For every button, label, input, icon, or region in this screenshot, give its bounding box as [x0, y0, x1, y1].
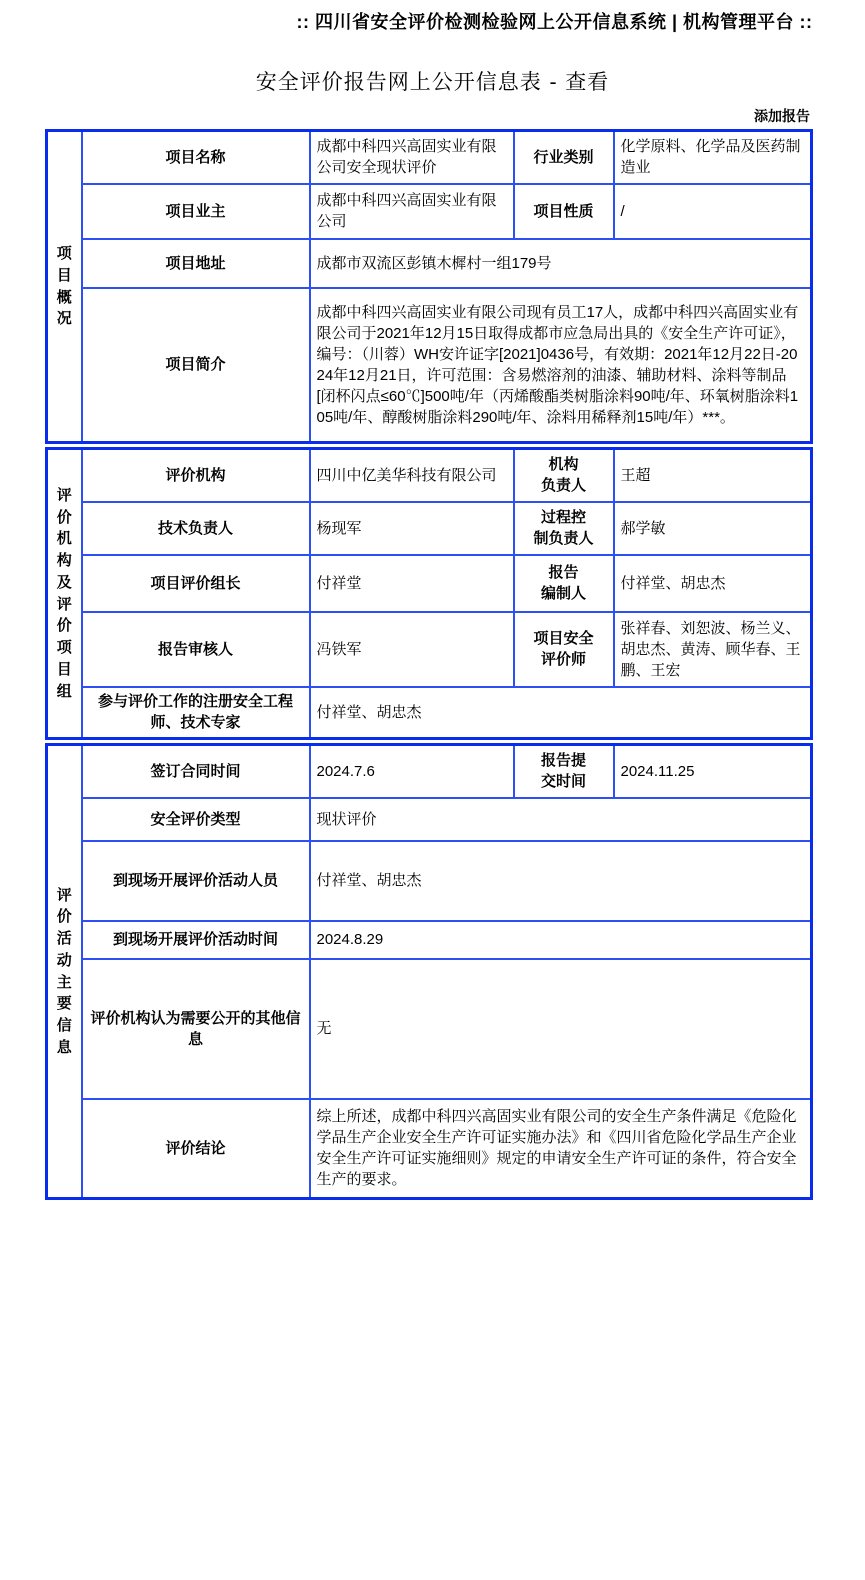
agency-head-value: 王超	[614, 449, 812, 502]
report-reviewer-value: 冯铁军	[310, 612, 514, 687]
onsite-staff-value: 付祥堂、胡忠杰	[310, 841, 812, 921]
brief-value: 成都中科四兴高固实业有限公司现有员工17人，成都中科四兴高固实业有限公司于202…	[310, 288, 812, 443]
report-writers-value: 付祥堂、胡忠杰	[614, 555, 812, 612]
table-row: 项目业主 成都中科四兴高固实业有限公司 项目性质 /	[47, 184, 812, 239]
page-title: 安全评价报告网上公开信息表 - 查看	[0, 66, 865, 96]
table-row: 到现场开展评价活动人员 付祥堂、胡忠杰	[47, 841, 812, 921]
tech-head-value: 杨现军	[310, 502, 514, 555]
safety-assessors-value: 张祥春、刘恕波、杨兰义、胡忠杰、黄涛、顾华春、王鹏、王宏	[614, 612, 812, 687]
address-label: 项目地址	[82, 239, 310, 288]
eval-type-label: 安全评价类型	[82, 798, 310, 841]
agency-head-label: 机构 负责人	[514, 449, 614, 502]
system-header-title: :: 四川省安全评价检测检验网上公开信息系统 | 机构管理平台 ::	[122, 8, 865, 34]
table-row: 报告审核人 冯铁军 项目安全 评价师 张祥春、刘恕波、杨兰义、胡忠杰、黄涛、顾华…	[47, 612, 812, 687]
table-row: 安全评价类型 现状评价	[47, 798, 812, 841]
other-info-label: 评价机构认为需要公开的其他信息	[82, 959, 310, 1099]
process-head-label: 过程控 制负责人	[514, 502, 614, 555]
report-writers-label: 报告 编制人	[514, 555, 614, 612]
registered-engineers-value: 付祥堂、胡忠杰	[310, 687, 812, 739]
section-table-project-overview: 项目概况 项目名称 成都中科四兴高固实业有限公司安全现状评价 行业类别 化学原料…	[45, 129, 813, 444]
table-row: 项目地址 成都市双流区彭镇木樨村一组179号	[47, 239, 812, 288]
table-row: 项目简介 成都中科四兴高固实业有限公司现有员工17人，成都中科四兴高固实业有限公…	[47, 288, 812, 443]
process-head-value: 郝学敏	[614, 502, 812, 555]
section-table-activity-info: 评价活动主要信息 签订合同时间 2024.7.6 报告提 交时间 2024.11…	[45, 743, 813, 1200]
onsite-staff-label: 到现场开展评价活动人员	[82, 841, 310, 921]
section2-side-header: 评价机构及评价项目组	[47, 449, 82, 739]
nature-value: /	[614, 184, 812, 239]
owner-label: 项目业主	[82, 184, 310, 239]
section1-side-header: 项目概况	[47, 131, 82, 443]
table-row: 到现场开展评价活动时间 2024.8.29	[47, 921, 812, 959]
project-name-label: 项目名称	[82, 131, 310, 184]
team-leader-label: 项目评价组长	[82, 555, 310, 612]
other-info-value: 无	[310, 959, 812, 1099]
table-row: 评价机构认为需要公开的其他信息 无	[47, 959, 812, 1099]
section3-side-label: 评价活动主要信息	[56, 885, 72, 1059]
submit-date-label: 报告提 交时间	[514, 745, 614, 798]
address-value: 成都市双流区彭镇木樨村一组179号	[310, 239, 812, 288]
table-row: 评价机构及评价项目组 评价机构 四川中亿美华科技有限公司 机构 负责人 王超	[47, 449, 812, 502]
nature-label: 项目性质	[514, 184, 614, 239]
section1-side-label: 项目概况	[56, 243, 72, 330]
section3-side-header: 评价活动主要信息	[47, 745, 82, 1199]
contract-date-value: 2024.7.6	[310, 745, 514, 798]
table-row: 参与评价工作的注册安全工程师、技术专家 付祥堂、胡忠杰	[47, 687, 812, 739]
industry-value: 化学原料、化学品及医药制造业	[614, 131, 812, 184]
onsite-date-label: 到现场开展评价活动时间	[82, 921, 310, 959]
team-leader-value: 付祥堂	[310, 555, 514, 612]
table-row: 评价活动主要信息 签订合同时间 2024.7.6 报告提 交时间 2024.11…	[47, 745, 812, 798]
safety-assessors-label: 项目安全 评价师	[514, 612, 614, 687]
conclusion-value: 综上所述，成都中科四兴高固实业有限公司的安全生产条件满足《危险化学品生产企业安全…	[310, 1099, 812, 1199]
section-table-agency-team: 评价机构及评价项目组 评价机构 四川中亿美华科技有限公司 机构 负责人 王超 技…	[45, 447, 813, 740]
add-report-link[interactable]: 添加报告	[754, 108, 810, 124]
agency-label: 评价机构	[82, 449, 310, 502]
table-row: 评价结论 综上所述，成都中科四兴高固实业有限公司的安全生产条件满足《危险化学品生…	[47, 1099, 812, 1199]
section2-side-label: 评价机构及评价项目组	[56, 485, 72, 703]
tech-head-label: 技术负责人	[82, 502, 310, 555]
eval-type-value: 现状评价	[310, 798, 812, 841]
owner-value: 成都中科四兴高固实业有限公司	[310, 184, 514, 239]
report-reviewer-label: 报告审核人	[82, 612, 310, 687]
toolbar: 添加报告	[45, 106, 810, 126]
conclusion-label: 评价结论	[82, 1099, 310, 1199]
onsite-date-value: 2024.8.29	[310, 921, 812, 959]
project-name-value: 成都中科四兴高固实业有限公司安全现状评价	[310, 131, 514, 184]
submit-date-value: 2024.11.25	[614, 745, 812, 798]
contract-date-label: 签订合同时间	[82, 745, 310, 798]
industry-label: 行业类别	[514, 131, 614, 184]
agency-value: 四川中亿美华科技有限公司	[310, 449, 514, 502]
table-row: 技术负责人 杨现军 过程控 制负责人 郝学敏	[47, 502, 812, 555]
brief-label: 项目简介	[82, 288, 310, 443]
registered-engineers-label: 参与评价工作的注册安全工程师、技术专家	[82, 687, 310, 739]
table-row: 项目评价组长 付祥堂 报告 编制人 付祥堂、胡忠杰	[47, 555, 812, 612]
table-row: 项目概况 项目名称 成都中科四兴高固实业有限公司安全现状评价 行业类别 化学原料…	[47, 131, 812, 184]
